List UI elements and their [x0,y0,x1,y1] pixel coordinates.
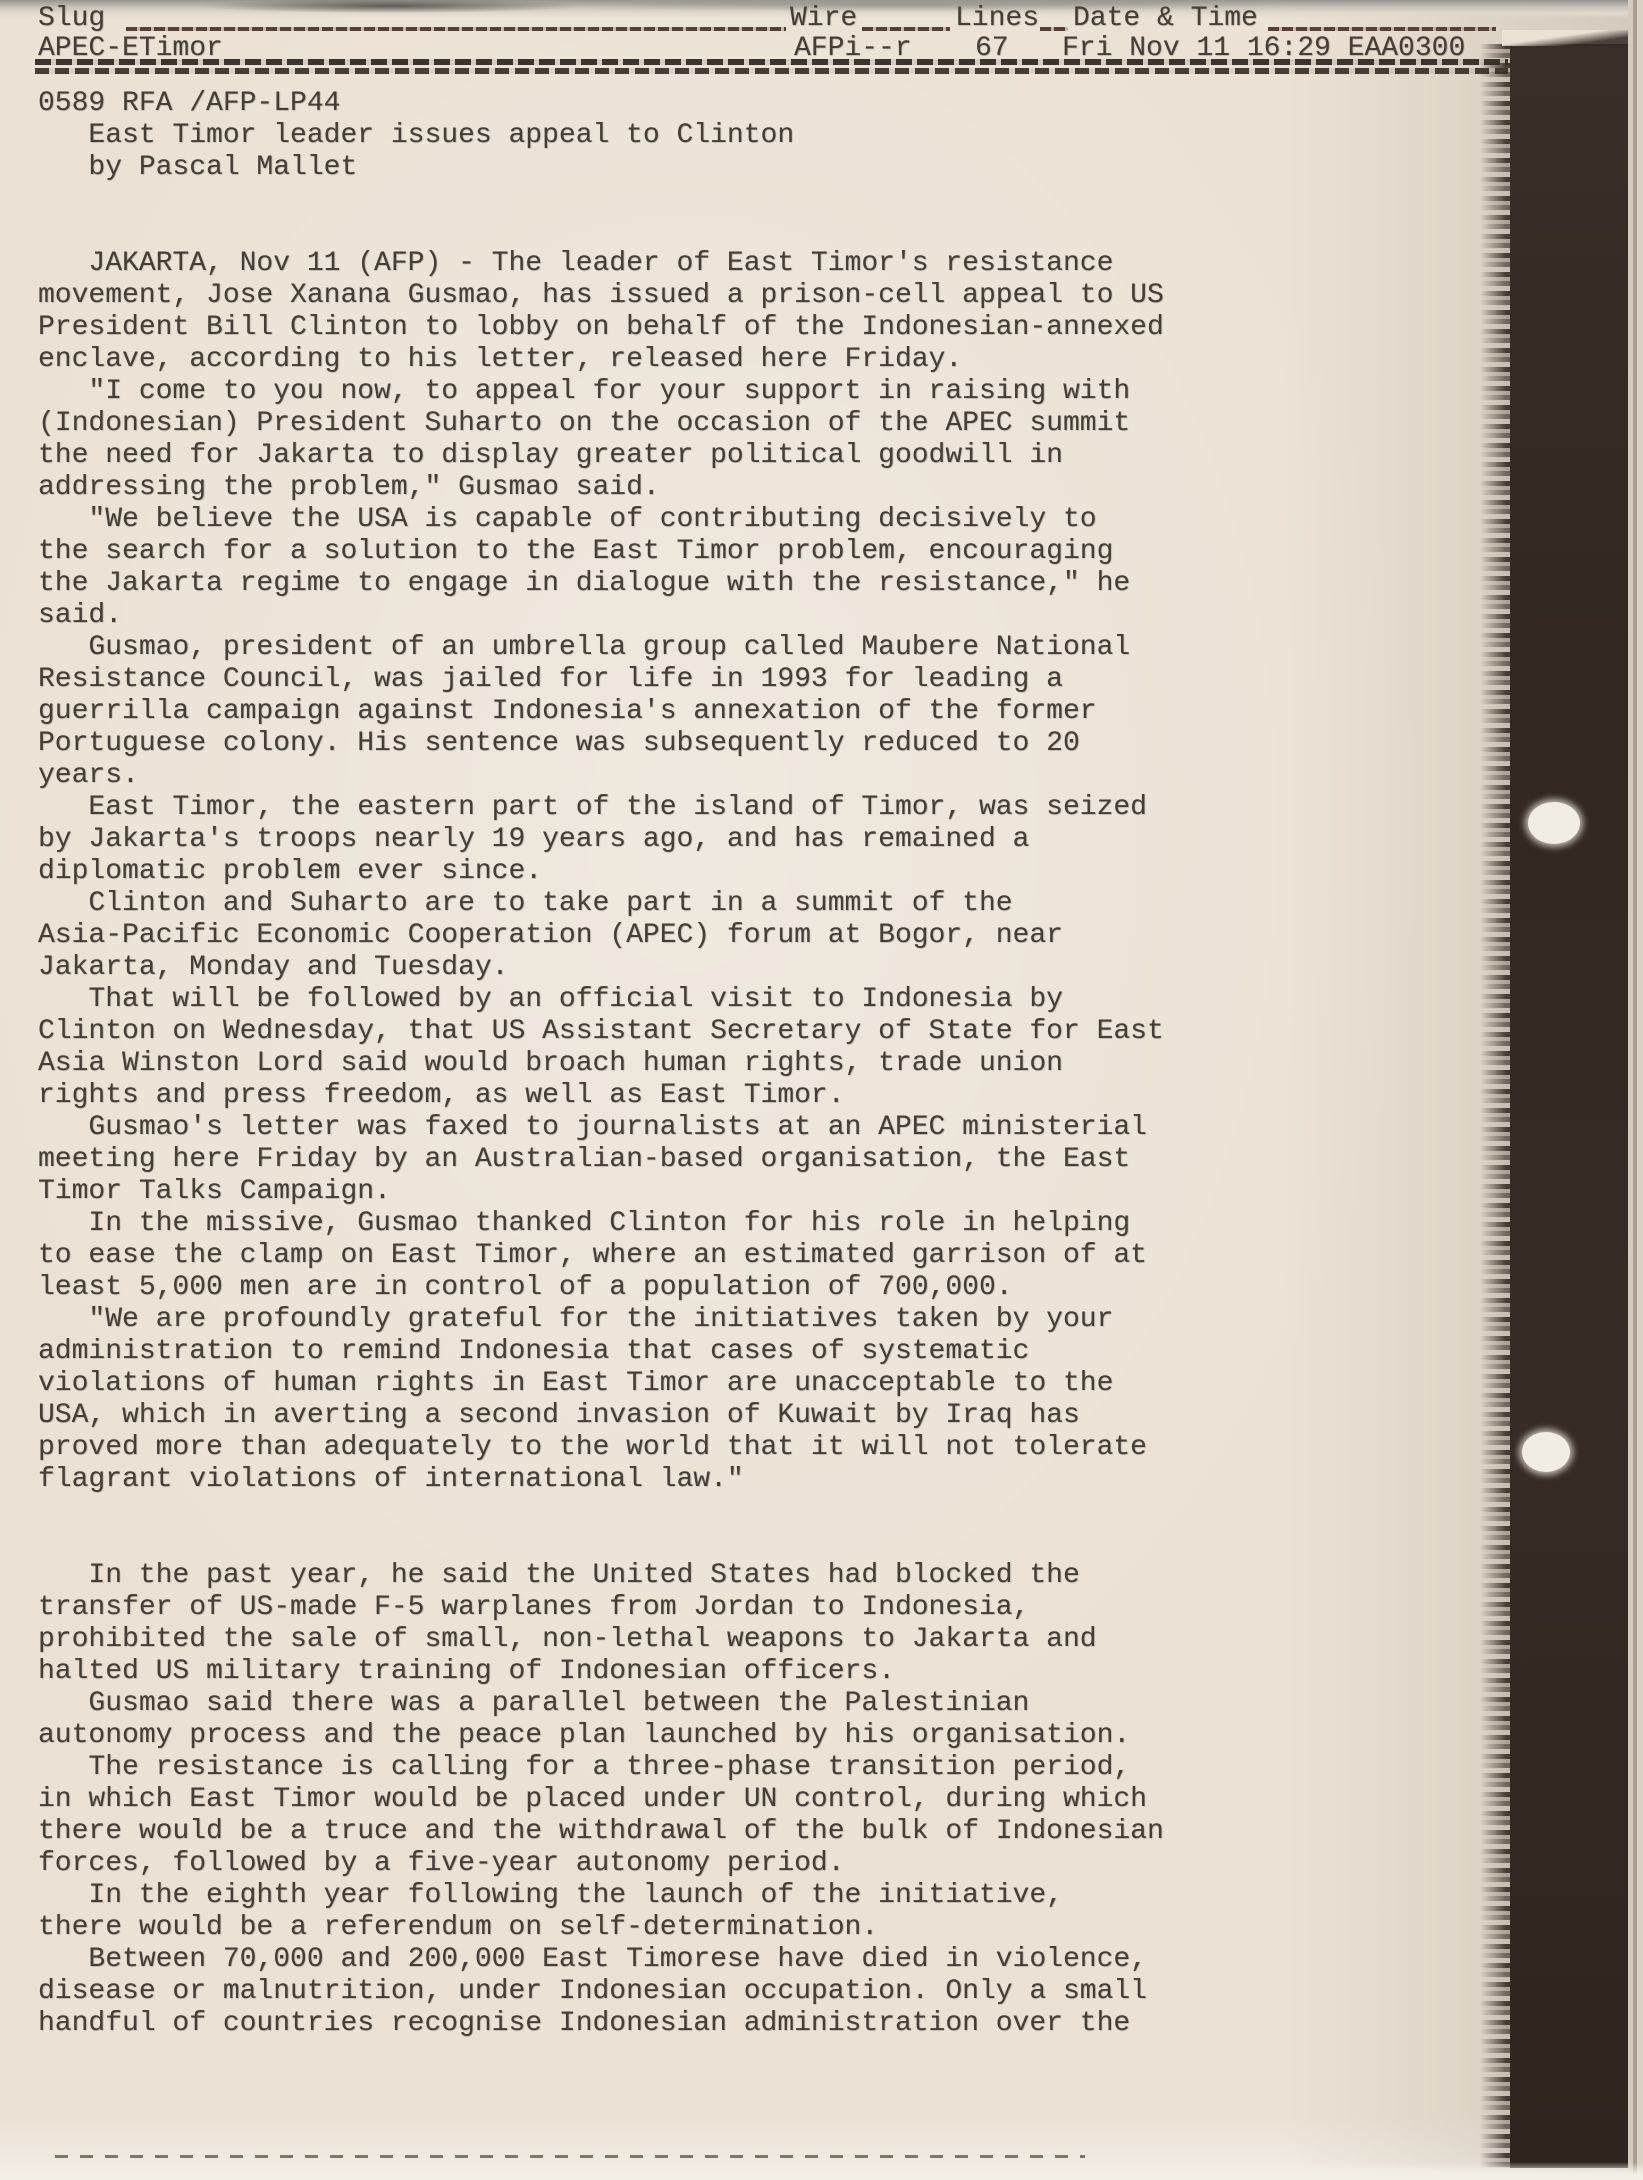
text-line: 0589 RFA /AFP-LP44 [38,88,1198,120]
bottom-paper-edge [0,2162,1643,2180]
text-line: JAKARTA, Nov 11 (AFP) - The leader of Ea… [38,248,1198,280]
text-line: the search for a solution to the East Ti… [38,536,1198,568]
text-line: autonomy process and the peace plan laun… [38,1720,1198,1752]
header-datetime-label: Date & Time [1073,4,1258,34]
text-line: In the eighth year following the launch … [38,1880,1198,1912]
text-line: President Bill Clinton to lobby on behal… [38,312,1198,344]
double-dashed-separator [35,58,1508,78]
text-line: by Pascal Mallet [38,152,1198,184]
header-wire-label: Wire [790,4,857,34]
text-line: to ease the clamp on East Timor, where a… [38,1240,1198,1272]
text-line: guerrilla campaign against Indonesia's a… [38,696,1198,728]
text-line: Jakarta, Monday and Tuesday. [38,952,1198,984]
text-line: years. [38,760,1198,792]
text-line: Between 70,000 and 200,000 East Timorese… [38,1944,1198,1976]
text-line: Clinton and Suharto are to take part in … [38,888,1198,920]
text-line: Timor Talks Campaign. [38,1176,1198,1208]
text-line: movement, Jose Xanana Gusmao, has issued… [38,280,1198,312]
text-line: halted US military training of Indonesia… [38,1656,1198,1688]
text-line: the Jakarta regime to engage in dialogue… [38,568,1198,600]
text-line: rights and press freedom, as well as Eas… [38,1080,1198,1112]
text-line: enclave, according to his letter, releas… [38,344,1198,376]
text-line: least 5,000 men are in control of a popu… [38,1272,1198,1304]
text-line: East Timor leader issues appeal to Clint… [38,120,1198,152]
text-line: transfer of US-made F-5 warplanes from J… [38,1592,1198,1624]
text-line: disease or malnutrition, under Indonesia… [38,1976,1198,2008]
text-line: Gusmao's letter was faxed to journalists… [38,1112,1198,1144]
text-line [38,184,1198,216]
text-line: diplomatic problem ever since. [38,856,1198,888]
text-line: handful of countries recognise Indonesia… [38,2008,1198,2040]
text-line: there would be a referendum on self-dete… [38,1912,1198,1944]
text-line: (Indonesian) President Suharto on the oc… [38,408,1198,440]
text-line: said. [38,600,1198,632]
text-line: administration to remind Indonesia that … [38,1336,1198,1368]
wire-underline [862,27,950,31]
article-body: 0589 RFA /AFP-LP44 East Timor leader iss… [38,88,1198,2040]
text-line: "We are profoundly grateful for the init… [38,1304,1198,1336]
text-line: In the past year, he said the United Sta… [38,1560,1198,1592]
page-right-edge [1628,0,1643,2180]
text-line: Portuguese colony. His sentence was subs… [38,728,1198,760]
text-line: prohibited the sale of small, non-lethal… [38,1624,1198,1656]
text-line: the need for Jakarta to display greater … [38,440,1198,472]
text-line: "We believe the USA is capable of contri… [38,504,1198,536]
text-line: there would be a truce and the withdrawa… [38,1816,1198,1848]
text-line: Asia Winston Lord said would broach huma… [38,1048,1198,1080]
header-slug-label: Slug [38,4,105,34]
text-line: proved more than adequately to the world… [38,1432,1198,1464]
text-line: forces, followed by a five-year autonomy… [38,1848,1198,1880]
text-line: That will be followed by an official vis… [38,984,1198,1016]
text-line: East Timor, the eastern part of the isla… [38,792,1198,824]
text-line [38,216,1198,248]
text-line: "I come to you now, to appeal for your s… [38,376,1198,408]
scan-dark-band [1510,44,1628,2168]
bottom-dashed-rule [55,2155,1085,2158]
text-line: addressing the problem," Gusmao said. [38,472,1198,504]
text-line: Clinton on Wednesday, that US Assistant … [38,1016,1198,1048]
text-line: USA, which in averting a second invasion… [38,1400,1198,1432]
text-line: Gusmao, president of an umbrella group c… [38,632,1198,664]
text-line: in which East Timor would be placed unde… [38,1784,1198,1816]
header-lines-label: Lines [955,4,1039,34]
text-line: meeting here Friday by an Australian-bas… [38,1144,1198,1176]
text-line: violations of human rights in East Timor… [38,1368,1198,1400]
text-line: Asia-Pacific Economic Cooperation (APEC)… [38,920,1198,952]
datetime-underline [1268,27,1496,31]
punch-hole [1522,1432,1570,1472]
text-line: Resistance Council, was jailed for life … [38,664,1198,696]
text-line: The resistance is calling for a three-ph… [38,1752,1198,1784]
text-line [38,1528,1198,1560]
text-line: In the missive, Gusmao thanked Clinton f… [38,1208,1198,1240]
slug-underline [126,27,786,31]
lines-underline [1040,27,1068,31]
text-line: by Jakarta's troops nearly 19 years ago,… [38,824,1198,856]
punch-hole [1528,802,1580,844]
text-line: Gusmao said there was a parallel between… [38,1688,1198,1720]
wire-printout-scan: { "document_type": "AFP wire service pri… [0,0,1643,2180]
text-line [38,1496,1198,1528]
text-line: flagrant violations of international law… [38,1464,1198,1496]
